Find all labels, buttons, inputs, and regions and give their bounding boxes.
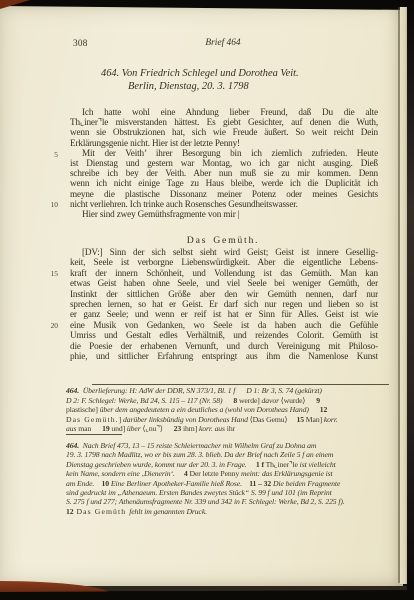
apparatus-segment: D 2: F. Schlegel: Werke, Bd 24, S. 115 –… <box>66 396 222 405</box>
letter-body-line: Mit der Veith’ ihrer Besorgung bin ich z… <box>70 148 378 158</box>
letter-body-line: nicht verliehren. Ich trinke auch Rosens… <box>70 199 378 209</box>
apparatus-segment: sind gedruckt im „Athenaeum. Ersten Band… <box>66 488 332 497</box>
apparatus-segment: darüber linksbündig von Dorotheas Hand <box>123 415 250 424</box>
apparatus-segment: Dienstag geschrieben wurde, kommt nur de… <box>66 460 247 469</box>
apparatus-line: aus man 19 und] über ⟨⌞nu⌝⟩ 23 ihm] korr… <box>66 424 384 434</box>
apparatus-segment: man <box>78 424 91 433</box>
letter-heading-line1: 464. Von Friedrich Schlegel und Dorothea… <box>101 67 299 80</box>
fragment-body-line: keit, Seele ist verborgne Liebenswürdigk… <box>70 257 378 267</box>
apparatus-segment: korr. aus <box>199 424 227 433</box>
apparatus-segment: 464. <box>66 386 79 395</box>
apparatus-segment: 9 <box>316 396 320 405</box>
letter-body-line: Ich hatte wohl eine Ahndung lieber Freun… <box>70 107 378 117</box>
apparatus-segment: ⟨Das Gemu⟩ <box>250 415 297 424</box>
letter-heading-line2: Berlin, Dienstag, 20. 3. 1798 <box>101 80 299 93</box>
apparatus-segment: S. 275 f und 277; Athenäumsfragmente Nr.… <box>66 497 345 506</box>
apparatus-segment: 12 <box>320 405 328 414</box>
fragment-body-line: die Poesie der erhabenen Vernunft, und d… <box>70 341 378 351</box>
margin-line-number-5: 5 <box>40 150 58 159</box>
apparatus-segment: 19. 3. 1798 nach Madlitz, wo er bis zum … <box>66 450 333 459</box>
apparatus-segment: ⟨⌞nu⌝⟩ <box>142 424 173 433</box>
apparatus-segment: kein Name, sondern eine ‚Dienerin‘. <box>66 469 175 478</box>
apparatus-segment: davor <box>262 396 279 405</box>
letter-body-line: wenn sie Obstrukzionen hat, sich wie Fre… <box>70 127 378 137</box>
apparatus-segment: D 1: Br 3, S. 74 (gekürzt) <box>246 386 322 395</box>
apparatus-line: Dienstag geschrieben wurde, kommt nur de… <box>66 460 384 469</box>
apparatus-segment: 15 <box>296 415 304 424</box>
apparatus-segment: am Ende. <box>66 479 94 488</box>
fragment-body-line: sprechen lernen, so hat er Geist. Er dar… <box>70 299 378 309</box>
apparatus-segment <box>235 386 246 395</box>
apparatus-segment <box>222 396 233 405</box>
apparatus-segment: Überlieferung: H: AdW der DDR, SN 373/1,… <box>79 386 235 395</box>
apparatus-segment: 19 <box>102 424 110 433</box>
book-scan: 308 Brief 464 464. Von Friedrich Schlege… <box>0 0 414 600</box>
apparatus-segment: und] <box>110 424 127 433</box>
apparatus-line: plastische] über dem angedeuteten a ein … <box>66 405 384 415</box>
apparatus-segment: ist vielleicht <box>300 460 336 469</box>
apparatus-segment <box>94 479 101 488</box>
fragment-body-line: Instinkt der sittlichen Größe aber den w… <box>70 289 378 299</box>
apparatus-segment: plastische] <box>66 405 100 414</box>
fragment-body-line: er ganz Seele; und wenn er reif ist hat … <box>70 309 378 319</box>
apparatus-segment: korr. <box>324 415 338 424</box>
apparatus-segment: meint: das Erklärungsgenie ist <box>241 469 333 478</box>
margin-line-number-20: 20 <box>40 321 58 330</box>
fragment-body: [DV:] Sinn der sich selbst sieht wird Ge… <box>70 247 378 361</box>
apparatus-segment: über dem angedeuteten a ein deutliches a… <box>100 405 309 414</box>
apparatus-segment: 1 f <box>256 460 264 469</box>
apparatus-segment: über <box>127 424 143 433</box>
apparatus-segment: Der letzte Penny <box>188 469 241 478</box>
apparatus-segment: Eine Berliner Apotheker-Familie hieß Ros… <box>109 479 242 488</box>
letter-body-line: Erklärungsgenie nicht. Hier ist der letz… <box>70 138 378 148</box>
apparatus-segment: Das Gemüth. <box>66 415 119 424</box>
letter-body: Ich hatte wohl eine Ahndung lieber Freun… <box>70 107 378 219</box>
apparatus-segment: Th⌞iner⌝le <box>264 460 300 469</box>
apparatus-segment: ihr <box>227 424 235 433</box>
fragment-body-line: [DV:] Sinn der sich selbst sieht wird Ge… <box>70 247 378 257</box>
apparatus-segment <box>309 405 320 414</box>
fragment-body-line: eine Musik von Gedanken, wo Seele ist da… <box>70 320 378 330</box>
letter-heading: 464. Von Friedrich Schlegel und Dorothea… <box>101 67 299 93</box>
apparatus-line: kein Name, sondern eine ‚Dienerin‘. 4 De… <box>66 469 384 478</box>
letter-body-line: schreibe ich bey der Veith. Aber nun muß… <box>70 168 378 178</box>
fragment-body-line: kraft der innern Schönheit, und Vollendu… <box>70 268 378 278</box>
apparatus-section-rule <box>66 434 122 435</box>
fragment-body-line: phie, und sittlicher Erfahrung entspring… <box>70 351 378 361</box>
apparatus-segment <box>247 460 256 469</box>
apparatus-segment: 464. <box>66 441 79 450</box>
apparatus-segment: 12 <box>66 507 74 516</box>
fragment-body-line: etwas Geist haben ohne Seele, und viel S… <box>70 278 378 288</box>
apparatus-line: sind gedruckt im „Athenaeum. Ersten Band… <box>66 488 384 497</box>
book-page: 308 Brief 464 464. Von Friedrich Schlege… <box>0 5 403 586</box>
fragment-body-line: Umriss und Gestalt edles Verhältniß, und… <box>70 330 378 340</box>
fragment-title: Das Gemüth. <box>70 235 376 246</box>
apparatus-segment: 10 <box>102 479 110 488</box>
apparatus-overlieferung: 464. Überlieferung: H: AdW der DDR, SN 3… <box>66 386 384 434</box>
apparatus-segment <box>91 424 102 433</box>
apparatus-line: 464. Überlieferung: H: AdW der DDR, SN 3… <box>66 386 384 396</box>
apparatus-segment: Das Gemüth <box>74 507 130 516</box>
apparatus-segment: Man] <box>304 415 324 424</box>
apparatus-divider-rule <box>92 384 389 385</box>
letter-body-line: Th⌞iner⌝le misverstanden hättest. Es gie… <box>70 117 378 127</box>
scan-right-border <box>407 0 414 600</box>
apparatus-segment: Die beiden Fragmente <box>271 479 340 488</box>
apparatus-segment: ⟨wurde⟩ <box>279 396 316 405</box>
margin-line-number-15: 15 <box>40 269 58 278</box>
margin-line-number-10: 10 <box>40 200 58 209</box>
letter-body-line: Hier sind zwey Gemüthsfragmente von mir … <box>70 209 378 219</box>
apparatus-segment: 11 – 32 <box>249 479 271 488</box>
apparatus-line: D 2: F. Schlegel: Werke, Bd 24, S. 115 –… <box>66 396 384 406</box>
apparatus-segment <box>175 469 184 478</box>
apparatus-line: S. 275 f und 277; Athenäumsfragmente Nr.… <box>66 497 384 506</box>
apparatus-line: Das Gemüth.] darüber linksbündig von Dor… <box>66 415 384 425</box>
apparatus-segment: aus <box>66 424 78 433</box>
apparatus-line: 464. Nach Brief 473, 13 – 15 reiste Schl… <box>66 441 384 450</box>
apparatus-kommentar: 464. Nach Brief 473, 13 – 15 reiste Schl… <box>66 441 384 516</box>
letter-body-line: meyne die plastische Dissonanz meiner Po… <box>70 189 378 199</box>
apparatus-segment: ihm] <box>181 424 199 433</box>
apparatus-segment: fehlt im genannten Druck. <box>129 507 207 516</box>
letter-body-line: wenn ich nicht einige Tage zu Haus bleib… <box>70 178 378 188</box>
letter-body-line: ist Dienstag und gestern war Montag, wo … <box>70 158 378 168</box>
running-header: Brief 464 <box>70 38 376 48</box>
apparatus-segment: werde] <box>237 396 261 405</box>
apparatus-line: 12 Das Gemüth fehlt im genannten Druck. <box>66 507 384 516</box>
apparatus-line: am Ende. 10 Eine Berliner Apotheker-Fami… <box>66 479 384 488</box>
apparatus-segment: Nach Brief 473, 13 – 15 reiste Schleierm… <box>79 441 316 450</box>
apparatus-line: 19. 3. 1798 nach Madlitz, wo er bis zum … <box>66 450 384 459</box>
